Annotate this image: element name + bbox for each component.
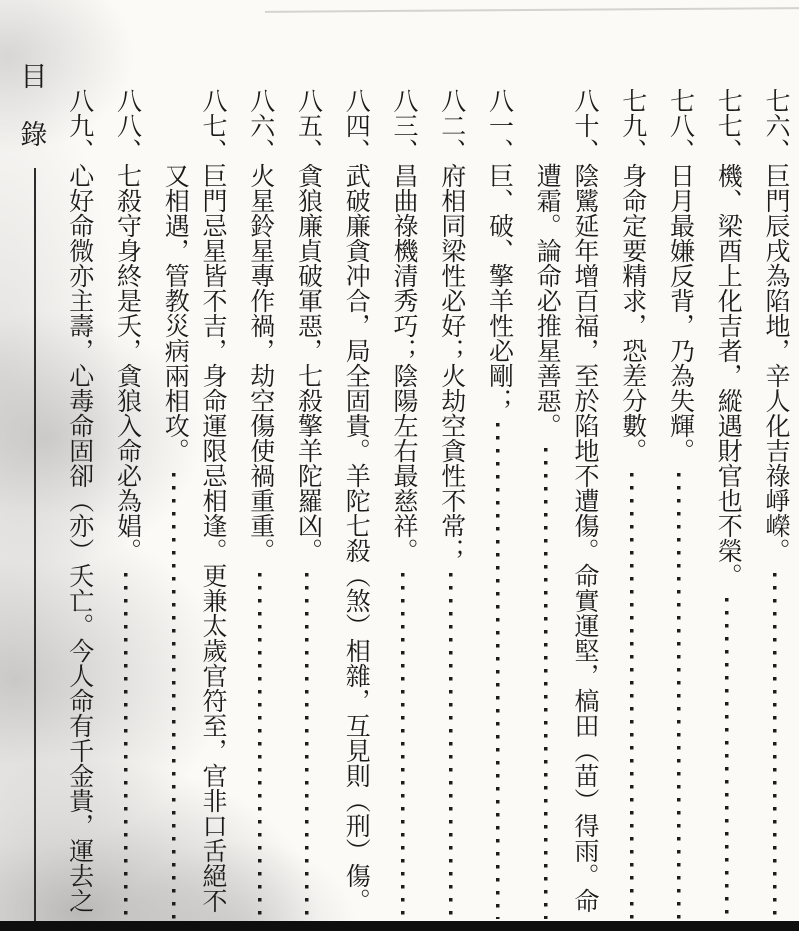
toc-line: 八二、府相同梁性必好；火劫空貪性不常；: [436, 88, 465, 919]
entry-text: 八九、心好命微亦主壽，心毒命固卻︵亦︶夭亡。今人命有千金貴，運去之: [64, 88, 93, 913]
toc-heading: 目 錄: [15, 62, 47, 149]
toc-line: 八五、貪狼廉貞破軍惡，七殺擎羊陀羅凶。: [293, 88, 322, 919]
toc-line: 八一、巨、破、擎羊性必剛；: [484, 88, 513, 919]
dot-leader: [388, 573, 417, 919]
dot-leader: [532, 448, 561, 919]
toc-entry: 八四、武破廉貪冲合，局全固貴。羊陀七殺︵煞︶相雜，互見則︵刑︶傷。: [341, 88, 370, 919]
toc-entry: 八八、七殺守身終是夭，貪狼入命必為娼。: [112, 88, 141, 919]
dot-leader: [245, 573, 274, 919]
toc-line: 八三、昌曲祿機清秀巧；陰陽左右最慈祥。: [388, 88, 417, 919]
toc-entry: 七七、機、梁酉上化吉者，縱遇財官也不榮。: [713, 88, 742, 919]
entry-text: 八四、武破廉貪冲合，局全固貴。羊陀七殺︵煞︶相雜，互見則︵刑︶傷。: [341, 88, 370, 913]
toc-entry: 八九、心好命微亦主壽，心毒命固卻︵亦︶夭亡。今人命有千金貴，運去之: [64, 88, 93, 919]
toc-line: 八四、武破廉貪冲合，局全固貴。羊陀七殺︵煞︶相雜，互見則︵刑︶傷。: [341, 88, 370, 919]
toc-entry: 七九、身命定要精求，恐差分數。: [617, 88, 646, 919]
toc-line: 七八、日月最嫌反背，乃為失輝。: [665, 88, 694, 919]
toc-line: 八八、七殺守身終是夭，貪狼入命必為娼。: [112, 88, 141, 919]
entry-text: 遭霜。論命必推星善惡。: [532, 163, 561, 438]
entry-text: 八五、貪狼廉貞破軍惡，七殺擎羊陀羅凶。: [293, 88, 322, 563]
entry-text: 八三、昌曲祿機清秀巧；陰陽左右最慈祥。: [388, 88, 417, 563]
toc-line: 八十、陰騭延年增百福，至於陷地不遭傷。命實運堅，槁田︵苗︶得雨。命: [569, 88, 598, 919]
toc-entry: 八六、火星鈴星專作禍，劫空傷使禍重重。: [245, 88, 274, 919]
toc-entry: 八十、陰騭延年增百福，至於陷地不遭傷。命實運堅，槁田︵苗︶得雨。命遭霜。論命必推…: [532, 88, 599, 919]
entry-text: 又相遇，管教災病兩相攻。: [160, 163, 189, 463]
toc-entry: 七八、日月最嫌反背，乃為失輝。: [665, 88, 694, 919]
book-page: 目 錄 七六、巨門辰戌為陷地，辛人化吉祿崢嶸。七七、機、梁酉上化吉者，縱遇財官也…: [0, 0, 799, 931]
toc-entry: 八七、巨門忌星皆不吉，身命運限忌相逢。更兼太歲官符至，官非口舌絕不又相遇，管教災…: [160, 88, 227, 919]
dot-leader: [617, 473, 646, 919]
entry-text: 八一、巨、破、擎羊性必剛；: [484, 88, 513, 413]
entry-text: 八二、府相同梁性必好；火劫空貪性不常；: [436, 88, 465, 563]
entry-text: 八七、巨門忌星皆不吉，身命運限忌相逢。更兼太歲官符至，官非口舌絕不: [197, 88, 226, 913]
dot-leader: [112, 573, 141, 919]
entry-text: 八十、陰騭延年增百福，至於陷地不遭傷。命實運堅，槁田︵苗︶得雨。命: [569, 88, 598, 913]
toc-entry: 八一、巨、破、擎羊性必剛；: [484, 88, 513, 919]
entry-text: 七八、日月最嫌反背，乃為失輝。: [665, 88, 694, 463]
heading-rule: [34, 168, 36, 921]
entry-text: 七六、巨門辰戌為陷地，辛人化吉祿崢嶸。: [760, 88, 789, 563]
toc-line: 八六、火星鈴星專作禍，劫空傷使禍重重。: [245, 88, 274, 919]
toc-entry: 八三、昌曲祿機清秀巧；陰陽左右最慈祥。: [388, 88, 417, 919]
toc-line: 八七、巨門忌星皆不吉，身命運限忌相逢。更兼太歲官符至，官非口舌絕不: [197, 88, 226, 919]
toc-line: 七七、機、梁酉上化吉者，縱遇財官也不榮。: [713, 88, 742, 919]
dot-leader: [160, 473, 189, 919]
toc-line: 七九、身命定要精求，恐差分數。: [617, 88, 646, 919]
dot-leader: [760, 573, 789, 919]
toc-line-continuation: 遭霜。論命必推星善惡。: [532, 88, 561, 919]
toc-entry: 八五、貪狼廉貞破軍惡，七殺擎羊陀羅凶。: [293, 88, 322, 919]
toc-line: 七六、巨門辰戌為陷地，辛人化吉祿崢嶸。: [760, 88, 789, 919]
toc-entry: 八二、府相同梁性必好；火劫空貪性不常；: [436, 88, 465, 919]
dot-leader: [436, 573, 465, 919]
entry-text: 八六、火星鈴星專作禍，劫空傷使禍重重。: [245, 88, 274, 563]
toc-entry: 七六、巨門辰戌為陷地，辛人化吉祿崢嶸。: [760, 88, 789, 919]
entry-text: 八八、七殺守身終是夭，貪狼入命必為娼。: [112, 88, 141, 563]
toc-line-continuation: 又相遇，管教災病兩相攻。: [160, 88, 189, 919]
dot-leader: [713, 598, 742, 919]
entry-text: 七九、身命定要精求，恐差分數。: [617, 88, 646, 463]
entry-text: 七七、機、梁酉上化吉者，縱遇財官也不榮。: [713, 88, 742, 588]
scan-edge-bottom: [0, 921, 799, 931]
dot-leader: [484, 423, 513, 919]
dot-leader: [293, 573, 322, 919]
toc-line: 八九、心好命微亦主壽，心毒命固卻︵亦︶夭亡。今人命有千金貴，運去之: [64, 88, 93, 919]
toc-list: 七六、巨門辰戌為陷地，辛人化吉祿崢嶸。七七、機、梁酉上化吉者，縱遇財官也不榮。七…: [55, 0, 799, 931]
dot-leader: [665, 473, 694, 919]
